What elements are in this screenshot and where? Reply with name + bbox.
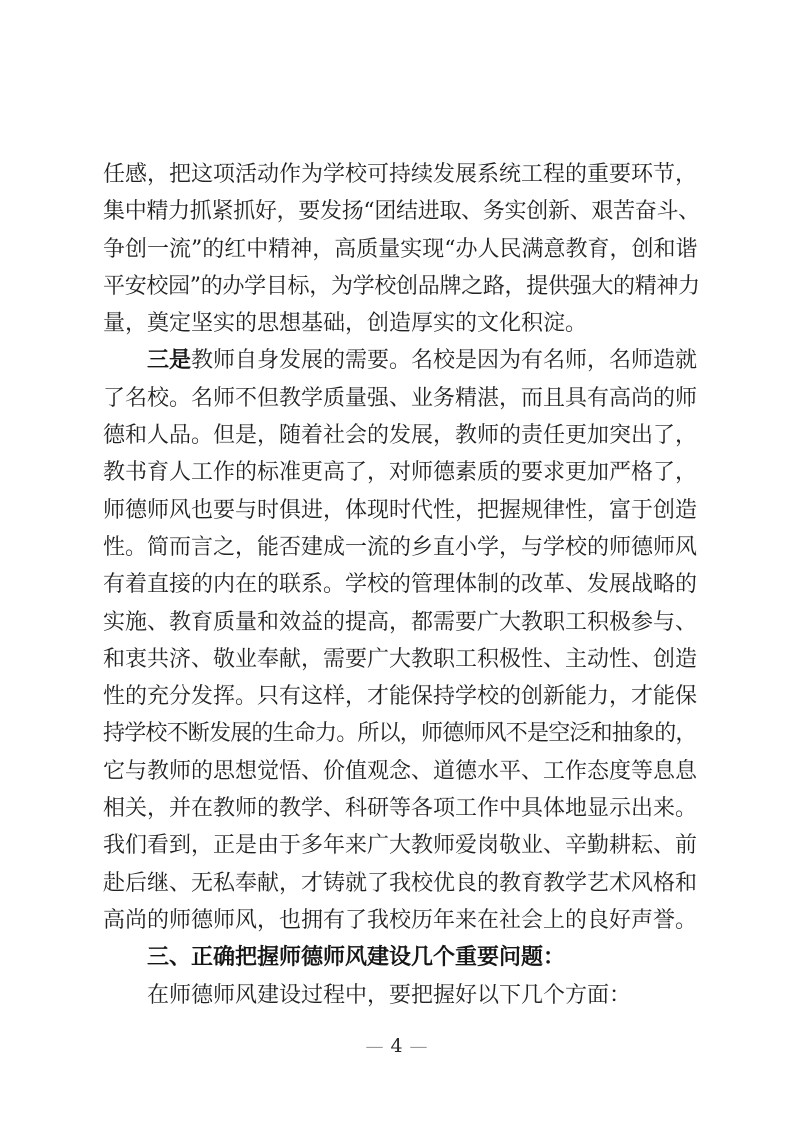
text-line: 有着直接的内在的联系。学校的管理体制的改革、发展战略的 [103,566,703,603]
text-line: 它与教师的思想觉悟、价值观念、道德水平、工作态度等息息 [103,753,703,790]
text-line: 任感，把这项活动作为学校可持续发展系统工程的重要环节， [103,156,703,193]
document-page: 任感，把这项活动作为学校可持续发展系统工程的重要环节，集中精力抓紧抓好，要发扬“… [0,0,793,1122]
text-line: 赴后继、无私奉献，才铸就了我校优良的教育教学艺术风格和 [103,865,703,902]
text-line: 集中精力抓紧抓好，要发扬“团结进取、务实创新、艰苦奋斗、 [103,193,703,230]
text-line: 三是教师自身发展的需要。名校是因为有名师，名师造就 [103,342,703,379]
text-line: 教书育人工作的标准更高了，对师德素质的要求更加严格了， [103,454,703,491]
text-line: 和衷共济、敬业奉献，需要广大教职工积极性、主动性、创造 [103,641,703,678]
page-number-dash-right: — [410,1036,428,1057]
page-number-dash-left: — [365,1036,383,1057]
text-line: 争创一流”的红中精神，高质量实现“办人民满意教育，创和谐 [103,231,703,268]
page-number: 4 [390,1035,402,1057]
text-line: 相关，并在教师的教学、科研等各项工作中具体地显示出来。 [103,790,703,827]
text-line: 在师德师风建设过程中，要把握好以下几个方面： [103,977,703,1014]
section-heading: 三、正确把握师德师风建设几个重要问题： [103,939,703,976]
text-line: 持学校不断发展的生命力。所以，师德师风不是空泛和抽象的， [103,715,703,752]
text-line: 平安校园”的办学目标，为学校创品牌之路，提供强大的精神力 [103,268,703,305]
text-line: 实施、教育质量和效益的提高，都需要广大教职工积极参与、 [103,604,703,641]
text-line: 了名校。名师不但教学质量强、业务精湛，而且具有高尚的师 [103,380,703,417]
paragraph-bold-lead: 三是 [147,347,191,373]
text-line: 高尚的师德师风，也拥有了我校历年来在社会上的良好声誉。 [103,902,703,939]
text-line: 性的充分发挥。只有这样，才能保持学校的创新能力，才能保 [103,678,703,715]
text-line: 我们看到，正是由于多年来广大教师爱岗敬业、辛勤耕耘、前 [103,827,703,864]
page-footer: —4— [0,1033,793,1060]
text-line: 量，奠定坚实的思想基础，创造厚实的文化积淀。 [103,305,703,342]
document-body-text: 任感，把这项活动作为学校可持续发展系统工程的重要环节，集中精力抓紧抓好，要发扬“… [103,156,703,1014]
text-line: 德和人品。但是，随着社会的发展，教师的责任更加突出了， [103,417,703,454]
text-line: 师德师风也要与时俱进，体现时代性，把握规律性，富于创造 [103,492,703,529]
text-line: 性。简而言之，能否建成一流的乡直小学，与学校的师德师风 [103,529,703,566]
